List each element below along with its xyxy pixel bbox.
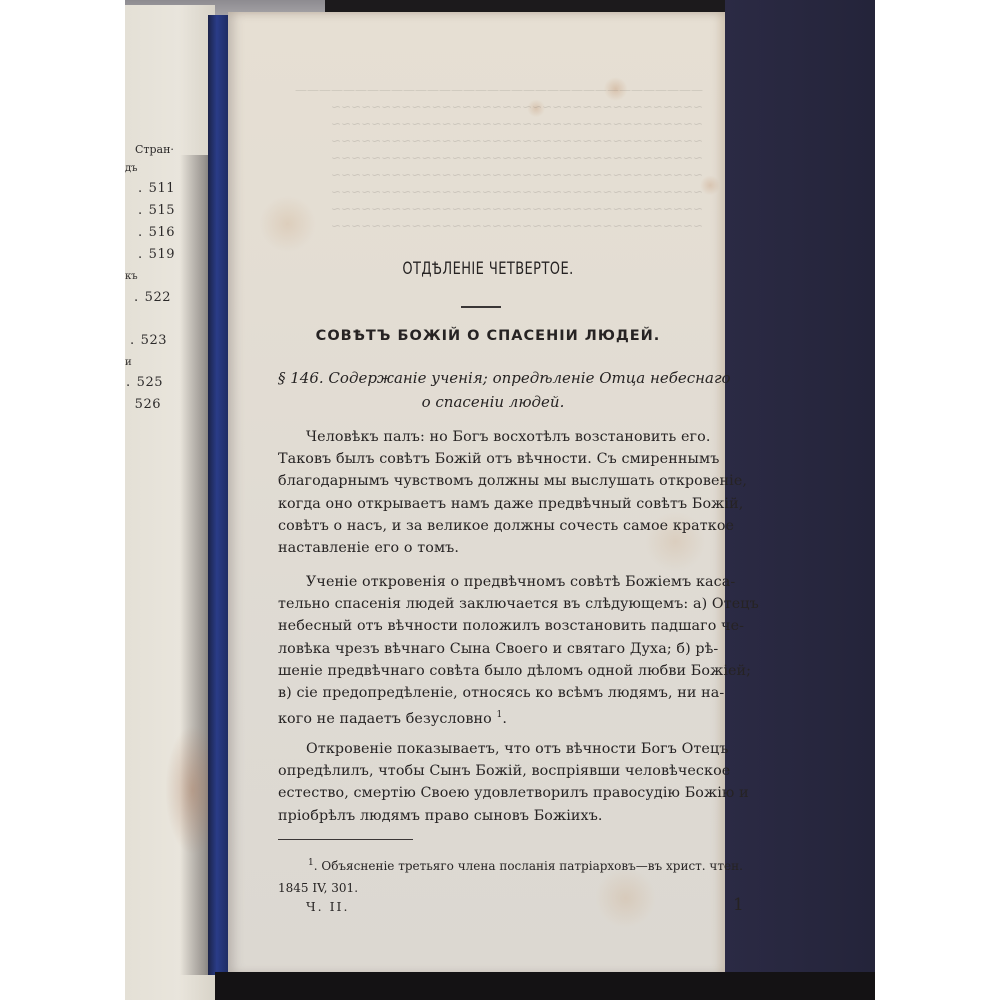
toc-text-fragment: дъ — [125, 163, 138, 174]
toc-page-number: .525 — [126, 375, 163, 390]
text-line: тельно спасенiя людей заключается въ слѣ… — [278, 593, 698, 615]
book-page: —————————————————————————————————— ~~~~~… — [228, 12, 725, 975]
paragraph: Откровенiе показываетъ, что отъ вѣчности… — [278, 738, 698, 827]
paragraph-heading-line: § 146. Содержанiе ученiя; опредѣленiе От… — [278, 366, 708, 390]
chapter-heading: СОВѢТЪ БОЖIЙ О СПАСЕНIИ ЛЮДЕЙ. — [278, 328, 698, 344]
text-line: опредѣлилъ, чтобы Сынъ Божiй, воспрiявши… — [278, 760, 698, 782]
text-line: естество, смертiю Своею удовлетворилъ пр… — [278, 782, 698, 804]
text-line: благодарнымъ чувствомъ должны мы выслуша… — [278, 470, 698, 492]
text-line: в) сiе предопредѣленiе, относясь ко всѣм… — [278, 682, 698, 704]
paragraph: Человѣкъ палъ: но Богъ восхотѣлъ возстан… — [278, 426, 698, 559]
toc-page-number: .516 — [138, 225, 175, 240]
text-line: шенiе предвѣчнаго совѣта было дѣломъ одн… — [278, 660, 698, 682]
toc-page-number: 526 — [135, 397, 161, 412]
toc-page-number: .515 — [138, 203, 175, 218]
dark-background — [725, 0, 875, 1000]
toc-page-number: .523 — [130, 333, 167, 348]
footnote-line: 1845 IV, 301. — [278, 877, 703, 899]
footnote-marker: 1 — [497, 710, 503, 720]
paragraph: Ученiе откровенiя о предвѣчномъ совѣтѣ Б… — [278, 571, 698, 730]
toc-text-fragment: къ — [125, 271, 138, 282]
text-line: прiобрѣлъ людямъ право сыновъ Божiихъ. — [278, 805, 698, 827]
footnote-line: 1. Объясненiе третьяго члена посланiя па… — [278, 852, 703, 877]
bleed-through-texture: —————————————————————————————————— ~~~~~… — [283, 82, 703, 235]
previous-page: Стран· дъ .511 .515 .516 .519 къ .522 .5… — [125, 5, 215, 1000]
text-line: когда оно открываетъ намъ даже предвѣчны… — [278, 493, 698, 515]
paragraph-heading-line: о спасенiи людей. — [422, 393, 565, 411]
toc-heading: Стран· — [135, 143, 174, 156]
toc-page-number: .511 — [138, 181, 175, 196]
footnote: 1. Объясненiе третьяго члена посланiя па… — [278, 852, 703, 899]
toc-text-fragment: и — [125, 357, 132, 368]
text-line: небесный отъ вѣчности положилъ возстанов… — [278, 615, 698, 637]
text-line: Человѣкъ палъ: но Богъ восхотѣлъ возстан… — [278, 426, 698, 448]
text-line: совѣтъ о насъ, и за великое должны сочес… — [278, 515, 698, 537]
page-number: 1 — [733, 895, 744, 915]
toc-page-number: .522 — [134, 290, 171, 305]
text-line: Таковъ былъ совѣтъ Божiй отъ вѣчности. С… — [278, 448, 698, 470]
book-spine — [208, 15, 230, 975]
text-line: ловѣка чрезъ вѣчнаго Сына Своего и свята… — [278, 638, 698, 660]
dark-surface — [215, 972, 875, 1000]
printer-signature-mark: Ч. II. — [306, 899, 349, 914]
footnote-divider — [278, 839, 413, 840]
text-line: Откровенiе показываетъ, что отъ вѣчности… — [278, 738, 698, 760]
section-title: ОТДѢЛЕНIЕ ЧЕТВЕРТОЕ. — [310, 259, 667, 279]
text-line: наставленiе его о томъ. — [278, 537, 698, 559]
text-line: Ученiе откровенiя о предвѣчномъ совѣтѣ Б… — [278, 571, 698, 593]
paragraph-heading: § 146. Содержанiе ученiя; опредѣленiе От… — [278, 366, 708, 414]
toc-page-number: .519 — [138, 247, 175, 262]
title-divider — [461, 306, 501, 308]
text-line: кого не падаетъ безусловно 1. — [278, 704, 698, 730]
book-photo: Стран· дъ .511 .515 .516 .519 къ .522 .5… — [125, 0, 875, 1000]
